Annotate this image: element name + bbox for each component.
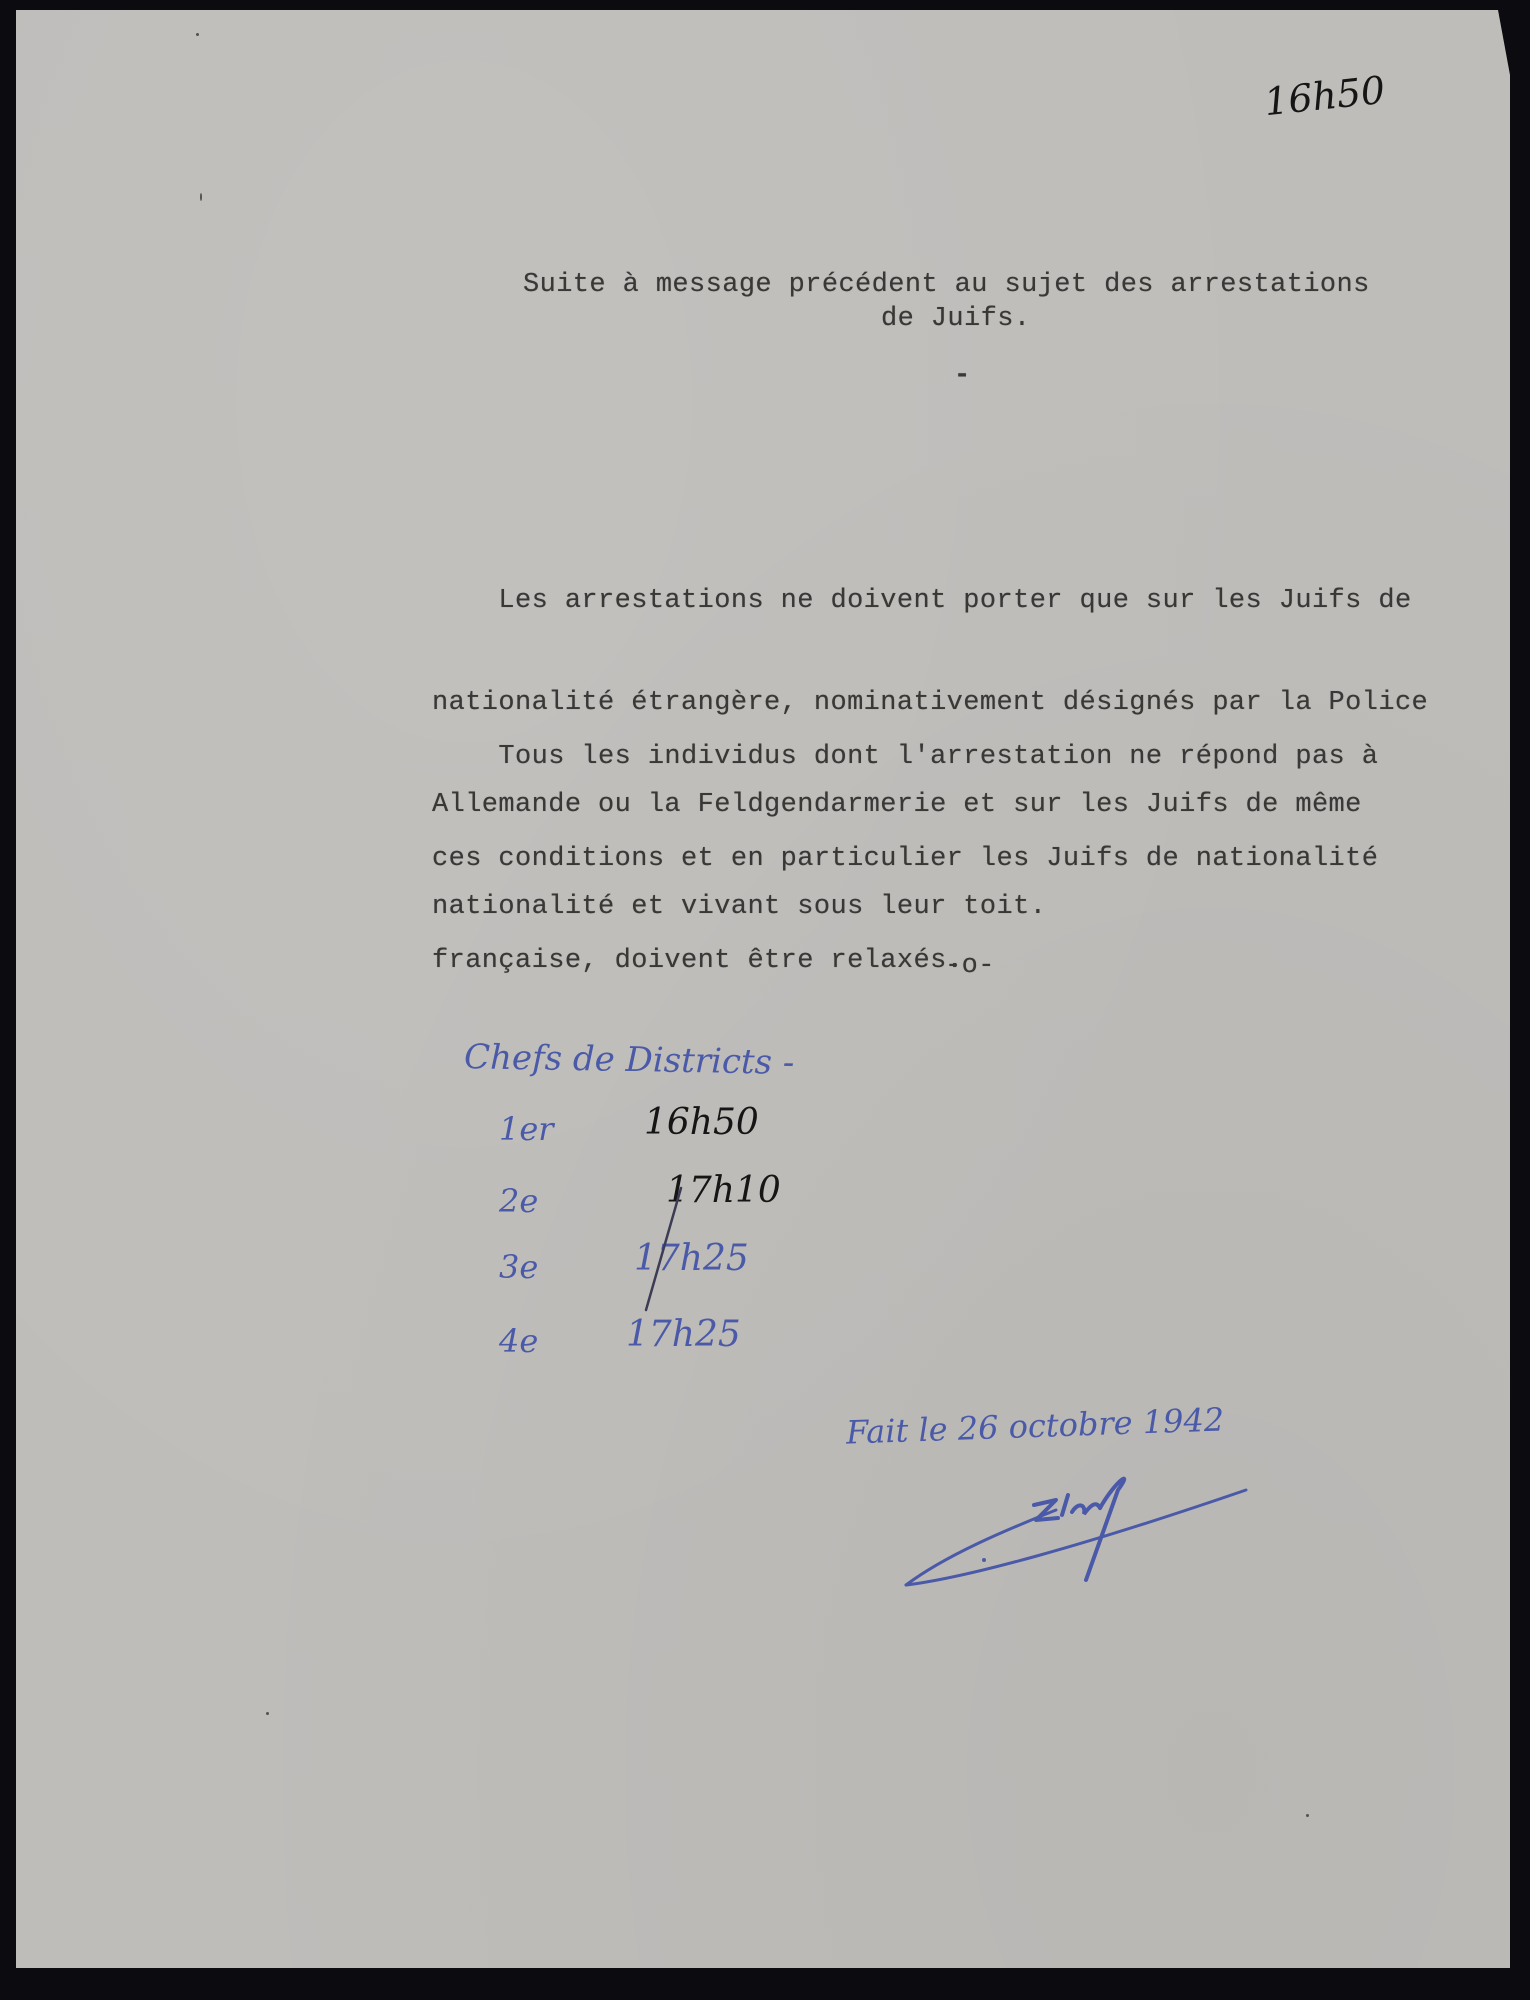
paper-speck [1306, 1814, 1309, 1817]
title-line-1: Suite à message précédent au sujet des a… [523, 268, 1370, 302]
handwritten-heading: Chefs de Districts - [464, 1037, 795, 1083]
ordinal-1: 1er [499, 1110, 554, 1148]
time-4: 17h25 [626, 1314, 741, 1355]
paper-speck [200, 193, 202, 201]
paragraph-1-line: Les arrestations ne doivent porter que s… [432, 584, 1428, 618]
paragraph-2: Tous les individus dont l'arrestation ne… [432, 672, 1378, 1046]
paragraph-2-line: Tous les individus dont l'arrestation ne… [432, 740, 1378, 774]
paragraph-2-line: française, doivent être relaxés. [432, 944, 1378, 978]
separator-mark: -o- [945, 949, 995, 983]
paragraph-2-line: ces conditions et en particulier les Jui… [432, 842, 1378, 876]
ordinal-4: 4e [499, 1322, 538, 1360]
time-1: 16h50 [644, 1102, 759, 1143]
signature-icon [886, 1460, 1266, 1610]
paper-speck [266, 1712, 269, 1715]
ordinal-2: 2e [499, 1182, 538, 1220]
ordinal-3: 3e [499, 1248, 538, 1286]
title-dash: - [954, 359, 971, 393]
document-page: 16h50 Suite à message précédent au sujet… [16, 10, 1510, 1968]
title-line-2: de Juifs. [881, 302, 1030, 336]
handwritten-date: Fait le 26 octobre 1942 [845, 1400, 1224, 1451]
top-right-time-reference: 16h50 [1262, 68, 1387, 124]
paper-speck [196, 33, 199, 36]
strike-stroke-icon [636, 1180, 696, 1320]
